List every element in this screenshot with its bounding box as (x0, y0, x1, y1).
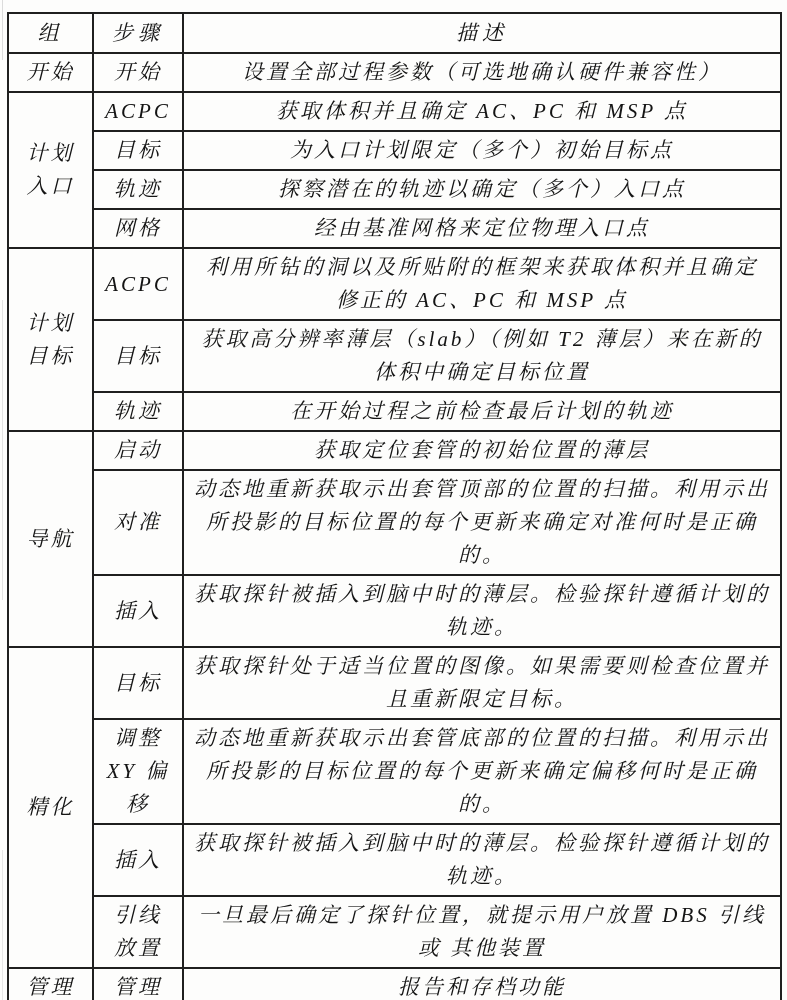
table-row: 调整 XY 偏移动态地重新获取示出套管底部的位置的扫描。利用示出 所投影的目标位… (8, 719, 781, 824)
group-cell: 精化 (8, 647, 93, 968)
table-row: 导航启动获取定位套管的初始位置的薄层 (8, 431, 781, 470)
description-cell: 动态地重新获取示出套管顶部的位置的扫描。利用示出 所投影的目标位置的每个更新来确… (183, 470, 781, 575)
table-row: 目标为入口计划限定（多个）初始目标点 (8, 131, 781, 170)
scan-edge-artifact (2, 0, 3, 1000)
description-cell: 动态地重新获取示出套管底部的位置的扫描。利用示出 所投影的目标位置的每个更新来确… (183, 719, 781, 824)
group-cell: 导航 (8, 431, 93, 647)
step-cell: 轨迹 (93, 392, 183, 431)
group-cell: 开始 (8, 53, 93, 92)
description-cell: 报告和存档功能 (183, 968, 781, 1000)
step-cell: ACPC (93, 248, 183, 320)
step-cell: 目标 (93, 647, 183, 719)
description-cell: 一旦最后确定了探针位置，就提示用户放置 DBS 引线或 其他装置 (183, 896, 781, 968)
table-row: 轨迹在开始过程之前检查最后计划的轨迹 (8, 392, 781, 431)
step-cell: 管理 (93, 968, 183, 1000)
table-row: 插入获取探针被插入到脑中时的薄层。检验探针遵循计划的 轨迹。 (8, 575, 781, 647)
description-cell: 获取探针处于适当位置的图像。如果需要则检查位置并 且重新限定目标。 (183, 647, 781, 719)
step-cell: 目标 (93, 131, 183, 170)
header-step: 步骤 (93, 13, 183, 53)
step-cell: 调整 XY 偏移 (93, 719, 183, 824)
description-cell: 设置全部过程参数（可选地确认硬件兼容性） (183, 53, 781, 92)
description-cell: 获取体积并且确定 AC、PC 和 MSP 点 (183, 92, 781, 131)
step-cell: ACPC (93, 92, 183, 131)
table-row: 插入获取探针被插入到脑中时的薄层。检验探针遵循计划的 轨迹。 (8, 824, 781, 896)
step-cell: 启动 (93, 431, 183, 470)
header-description: 描述 (183, 13, 781, 53)
table-row: 对准动态地重新获取示出套管顶部的位置的扫描。利用示出 所投影的目标位置的每个更新… (8, 470, 781, 575)
group-cell: 计划 入口 (8, 92, 93, 248)
table-row: 轨迹探察潜在的轨迹以确定（多个）入口点 (8, 170, 781, 209)
description-cell: 在开始过程之前检查最后计划的轨迹 (183, 392, 781, 431)
group-cell: 管理 (8, 968, 93, 1000)
step-cell: 插入 (93, 575, 183, 647)
group-cell: 计划 目标 (8, 248, 93, 431)
table-row: 管理管理报告和存档功能 (8, 968, 781, 1000)
step-cell: 目标 (93, 320, 183, 392)
table-row: 计划 入口ACPC获取体积并且确定 AC、PC 和 MSP 点 (8, 92, 781, 131)
table-row: 目标获取高分辨率薄层（slab）（例如 T2 薄层）来在新的 体积中确定目标位置 (8, 320, 781, 392)
step-cell: 轨迹 (93, 170, 183, 209)
description-cell: 获取探针被插入到脑中时的薄层。检验探针遵循计划的 轨迹。 (183, 575, 781, 647)
process-steps-table: 组 步骤 描述 开始开始设置全部过程参数（可选地确认硬件兼容性）计划 入口ACP… (7, 12, 782, 1000)
table-row: 开始开始设置全部过程参数（可选地确认硬件兼容性） (8, 53, 781, 92)
step-cell: 引线 放置 (93, 896, 183, 968)
table-row: 精化目标获取探针处于适当位置的图像。如果需要则检查位置并 且重新限定目标。 (8, 647, 781, 719)
step-cell: 对准 (93, 470, 183, 575)
table-row: 引线 放置一旦最后确定了探针位置，就提示用户放置 DBS 引线或 其他装置 (8, 896, 781, 968)
description-cell: 为入口计划限定（多个）初始目标点 (183, 131, 781, 170)
table-body: 开始开始设置全部过程参数（可选地确认硬件兼容性）计划 入口ACPC获取体积并且确… (8, 53, 781, 1000)
step-cell: 插入 (93, 824, 183, 896)
description-cell: 探察潜在的轨迹以确定（多个）入口点 (183, 170, 781, 209)
description-cell: 获取定位套管的初始位置的薄层 (183, 431, 781, 470)
description-cell: 利用所钻的洞以及所贴附的框架来获取体积并且确定 修正的 AC、PC 和 MSP … (183, 248, 781, 320)
table-row: 网格经由基准网格来定位物理入口点 (8, 209, 781, 248)
step-cell: 开始 (93, 53, 183, 92)
description-cell: 获取探针被插入到脑中时的薄层。检验探针遵循计划的 轨迹。 (183, 824, 781, 896)
header-row: 组 步骤 描述 (8, 13, 781, 53)
step-cell: 网格 (93, 209, 183, 248)
description-cell: 获取高分辨率薄层（slab）（例如 T2 薄层）来在新的 体积中确定目标位置 (183, 320, 781, 392)
description-cell: 经由基准网格来定位物理入口点 (183, 209, 781, 248)
table-row: 计划 目标ACPC利用所钻的洞以及所贴附的框架来获取体积并且确定 修正的 AC、… (8, 248, 781, 320)
header-group: 组 (8, 13, 93, 53)
